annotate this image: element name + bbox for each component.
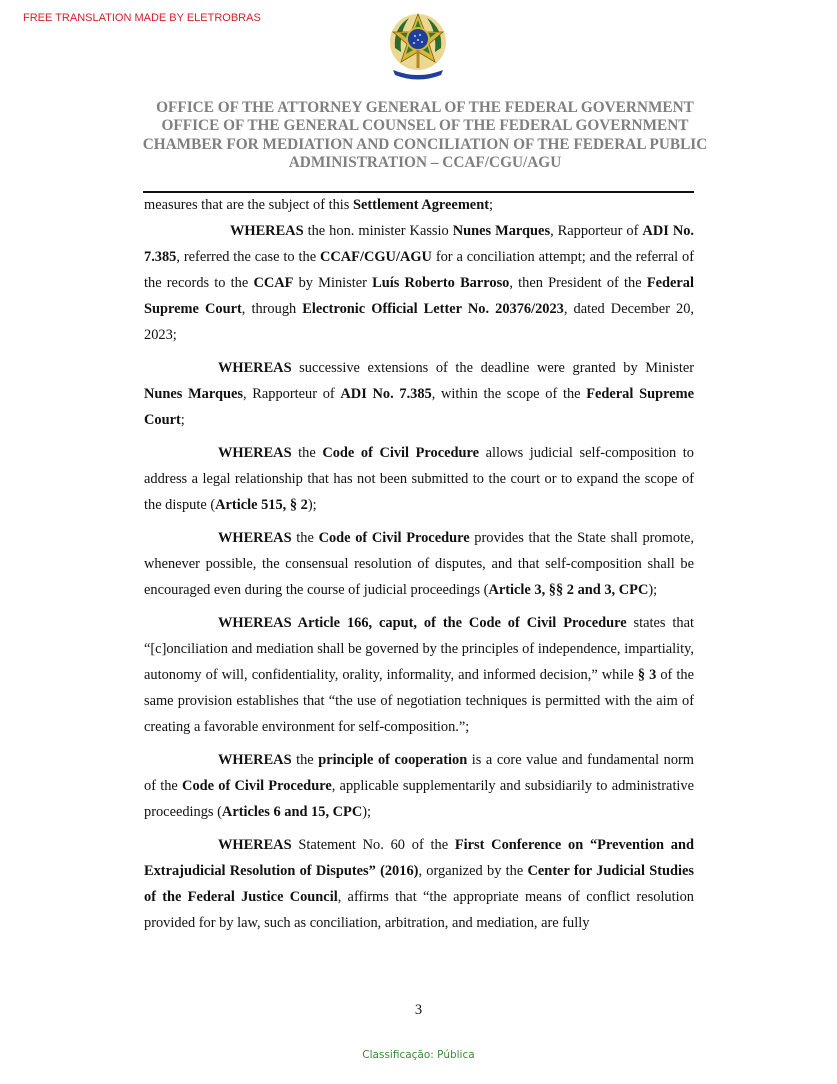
bold-text: CCAF: [253, 275, 293, 291]
text: ;: [181, 412, 185, 428]
text: , within the scope of the: [432, 386, 586, 402]
text: the: [292, 530, 319, 546]
bold-text: Electronic Official Letter No. 20376/202…: [302, 301, 564, 317]
header-line-4: ADMINISTRATION – CCAF/CGU/AGU: [130, 154, 720, 172]
bold-text: Article 515, § 2: [215, 497, 308, 513]
bold-text: Nunes Marques: [144, 386, 243, 402]
header-line-3: CHAMBER FOR MEDIATION AND CONCILIATION O…: [130, 136, 720, 154]
paragraph-whereas-self-composition: WHEREAS the Code of Civil Procedure allo…: [144, 440, 694, 518]
bold-text: WHEREAS: [230, 223, 304, 239]
paragraph-whereas-consensual-resolution: WHEREAS the Code of Civil Procedure prov…: [144, 525, 694, 603]
translation-watermark: FREE TRANSLATION MADE BY ELETROBRAS: [23, 12, 261, 24]
text: the hon. minister Kassio: [304, 223, 453, 239]
text: );: [648, 582, 657, 598]
text: , then President of the: [509, 275, 646, 291]
classification-label: Classificação: Pública: [0, 1049, 837, 1061]
bold-text: Article 3, §§ 2 and 3, CPC: [488, 582, 648, 598]
bold-text: CCAF/CGU/AGU: [320, 249, 432, 265]
text: , Rapporteur of: [243, 386, 340, 402]
bold-text: Articles 6 and 15, CPC: [222, 804, 362, 820]
document-header: OFFICE OF THE ATTORNEY GENERAL OF THE FE…: [130, 99, 720, 173]
text: Statement No. 60 of the: [292, 837, 455, 853]
bold-text: Code of Civil Procedure: [182, 778, 332, 794]
bold-text: WHEREAS: [218, 837, 292, 853]
text: the: [292, 445, 323, 461]
text: measures that are the subject of this: [144, 197, 353, 213]
paragraph-whereas-article-166: WHEREAS Article 166, caput, of the Code …: [144, 610, 694, 740]
header-line-1: OFFICE OF THE ATTORNEY GENERAL OF THE FE…: [130, 99, 720, 117]
bold-text: Settlement Agreement: [353, 197, 489, 213]
bold-text: WHEREAS: [218, 752, 292, 768]
text: , through: [242, 301, 303, 317]
bold-text: Code of Civil Procedure: [322, 445, 479, 461]
bold-text: WHEREAS: [218, 360, 292, 376]
document-body: measures that are the subject of this Se…: [144, 192, 694, 943]
text: , organized by the: [418, 863, 527, 879]
bold-text: WHEREAS: [218, 530, 292, 546]
text: , Rapporteur of: [550, 223, 642, 239]
text: the: [292, 752, 319, 768]
bold-text: § 3: [638, 667, 656, 683]
text: , referred the case to the: [176, 249, 320, 265]
bold-text: ADI No. 7.385: [340, 386, 431, 402]
page-number: 3: [0, 1002, 837, 1019]
paragraph-continuation: measures that are the subject of this Se…: [144, 192, 694, 218]
bold-text: principle of cooperation: [318, 752, 467, 768]
bold-text: Luís Roberto Barroso: [372, 275, 509, 291]
bold-text: Nunes Marques: [453, 223, 550, 239]
text: );: [308, 497, 317, 513]
text: ;: [489, 197, 493, 213]
paragraph-whereas-referral: WHEREAS the hon. minister Kassio Nunes M…: [144, 218, 694, 348]
brazil-coat-of-arms-icon: [385, 8, 451, 84]
bold-text: WHEREAS Article 166, caput, of the Code …: [218, 615, 627, 631]
paragraph-whereas-extensions: WHEREAS successive extensions of the dea…: [144, 355, 694, 433]
text: );: [362, 804, 371, 820]
text: successive extensions of the deadline we…: [292, 360, 694, 376]
paragraph-whereas-cooperation: WHEREAS the principle of cooperation is …: [144, 747, 694, 825]
bold-text: WHEREAS: [218, 445, 292, 461]
bold-text: Code of Civil Procedure: [319, 530, 470, 546]
paragraph-whereas-statement-60: WHEREAS Statement No. 60 of the First Co…: [144, 832, 694, 936]
text: by Minister: [293, 275, 372, 291]
header-line-2: OFFICE OF THE GENERAL COUNSEL OF THE FED…: [130, 117, 720, 135]
